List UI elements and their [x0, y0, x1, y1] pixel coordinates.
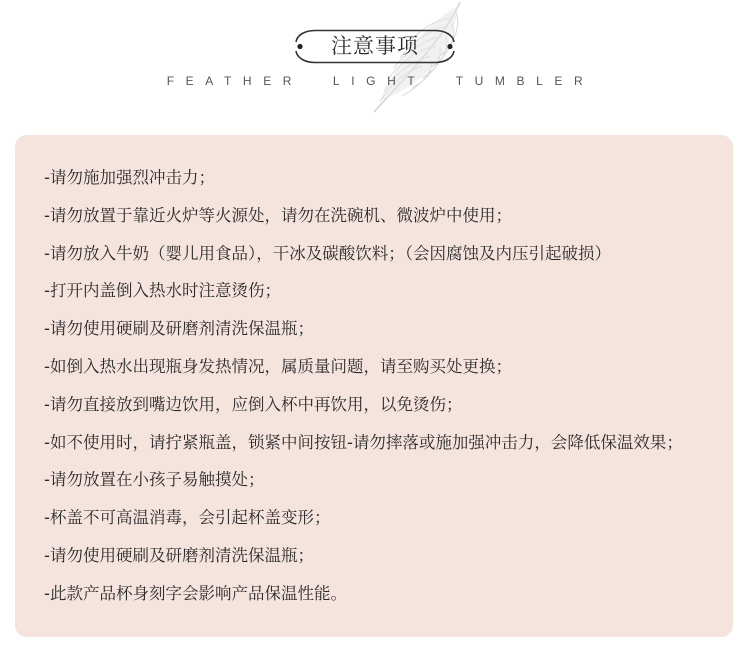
notice-item: -打开内盖倒入热水时注意烫伤； [44, 275, 683, 313]
notice-item: -请勿放置在小孩子易触摸处； [44, 464, 683, 502]
notice-item: -请勿直接放到嘴边饮用，应倒入杯中再饮用，以免烫伤； [44, 389, 683, 427]
notice-item: -此款产品杯身刻字会影响产品保温性能。 [44, 578, 683, 616]
notice-list: -请勿施加强烈冲击力； -请勿放置于靠近火炉等火源处，请勿在洗碗机、微波炉中使用… [44, 162, 683, 616]
notice-item: -杯盖不可高温消毒，会引起杯盖变形； [44, 502, 683, 540]
notice-item: -如不使用时，请拧紧瓶盖，锁紧中间按钮-请勿摔落或施加强冲击力，会降低保温效果； [44, 427, 683, 465]
page-title: 注意事项 [293, 29, 457, 64]
notice-item: -请勿使用硬刷及研磨剂清洗保温瓶； [44, 313, 683, 351]
notice-card: -请勿施加强烈冲击力； -请勿放置于靠近火炉等火源处，请勿在洗碗机、微波炉中使用… [15, 135, 733, 637]
page-subtitle: FEATHER LIGHT TUMBLER [150, 74, 600, 88]
notice-item: -请勿放置于靠近火炉等火源处，请勿在洗碗机、微波炉中使用； [44, 200, 683, 238]
notice-item: -请勿使用硬刷及研磨剂清洗保温瓶； [44, 540, 683, 578]
page-header: 注意事项 FEATHER LIGHT TUMBLER [0, 0, 750, 120]
notice-item: -如倒入热水出现瓶身发热情况，属质量问题，请至购买处更换； [44, 351, 683, 389]
notice-item: -请勿放入牛奶（婴儿用食品），干冰及碳酸饮料；（会因腐蚀及内压引起破损） [44, 238, 683, 276]
notice-item: -请勿施加强烈冲击力； [44, 162, 683, 200]
title-badge: 注意事项 [293, 29, 457, 64]
